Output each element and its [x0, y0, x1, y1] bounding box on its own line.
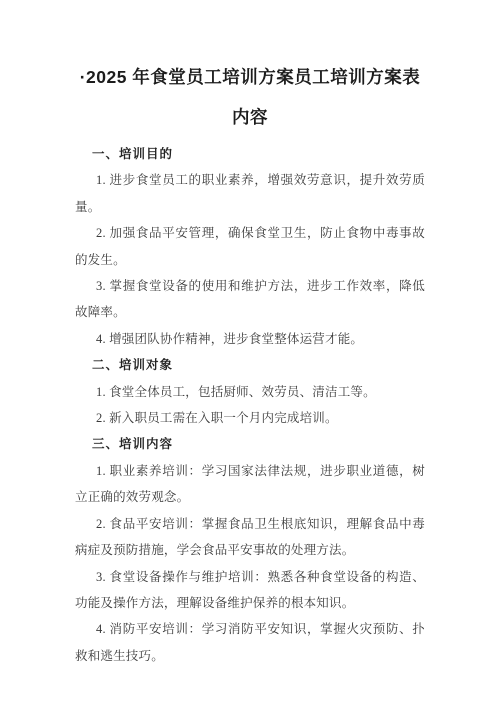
- document-title-line-2: 内容: [0, 97, 500, 137]
- target-item-1: 1. 食堂全体员工，包括厨师、效劳员、清洁工等。: [75, 379, 425, 405]
- content-item-3: 3. 食堂设备操作与维护培训：熟悉各种食堂设备的构造、功能及操作方法，理解设备维…: [75, 564, 425, 617]
- content-item-1: 1. 职业素养培训：学习国家法律法规，进步职业道德，树立正确的效劳观念。: [75, 458, 425, 511]
- target-item-2: 2. 新入职员工需在入职一个月内完成培训。: [75, 405, 425, 431]
- document-title-line-1: ·2025 年食堂员工培训方案员工培训方案表: [0, 57, 500, 97]
- purpose-item-4: 4. 增强团队协作精神，进步食堂整体运营才能。: [75, 326, 425, 352]
- heading-training-purpose: 一、培训目的: [75, 141, 425, 167]
- document-body: 一、培训目的 1. 进步食堂员工的职业素养，增强效劳意识，提升效劳质量。 2. …: [0, 137, 500, 669]
- purpose-item-1: 1. 进步食堂员工的职业素养，增强效劳意识，提升效劳质量。: [75, 167, 425, 220]
- content-item-2: 2. 食品平安培训：掌握食品卫生根底知识，理解食品中毒病症及预防措施，学会食品平…: [75, 511, 425, 564]
- heading-training-content: 三、培训内容: [75, 431, 425, 457]
- purpose-item-2: 2. 加强食品平安管理，确保食堂卫生，防止食物中毒事故的发生。: [75, 220, 425, 273]
- document-title: ·2025 年食堂员工培训方案员工培训方案表 内容: [0, 0, 500, 137]
- heading-training-target: 二、培训对象: [75, 352, 425, 378]
- content-item-4: 4. 消防平安培训：学习消防平安知识，掌握火灾预防、扑救和逃生技巧。: [75, 616, 425, 669]
- purpose-item-3: 3. 掌握食堂设备的使用和维护方法，进步工作效率，降低故障率。: [75, 273, 425, 326]
- document-page: ·2025 年食堂员工培训方案员工培训方案表 内容 一、培训目的 1. 进步食堂…: [0, 0, 500, 707]
